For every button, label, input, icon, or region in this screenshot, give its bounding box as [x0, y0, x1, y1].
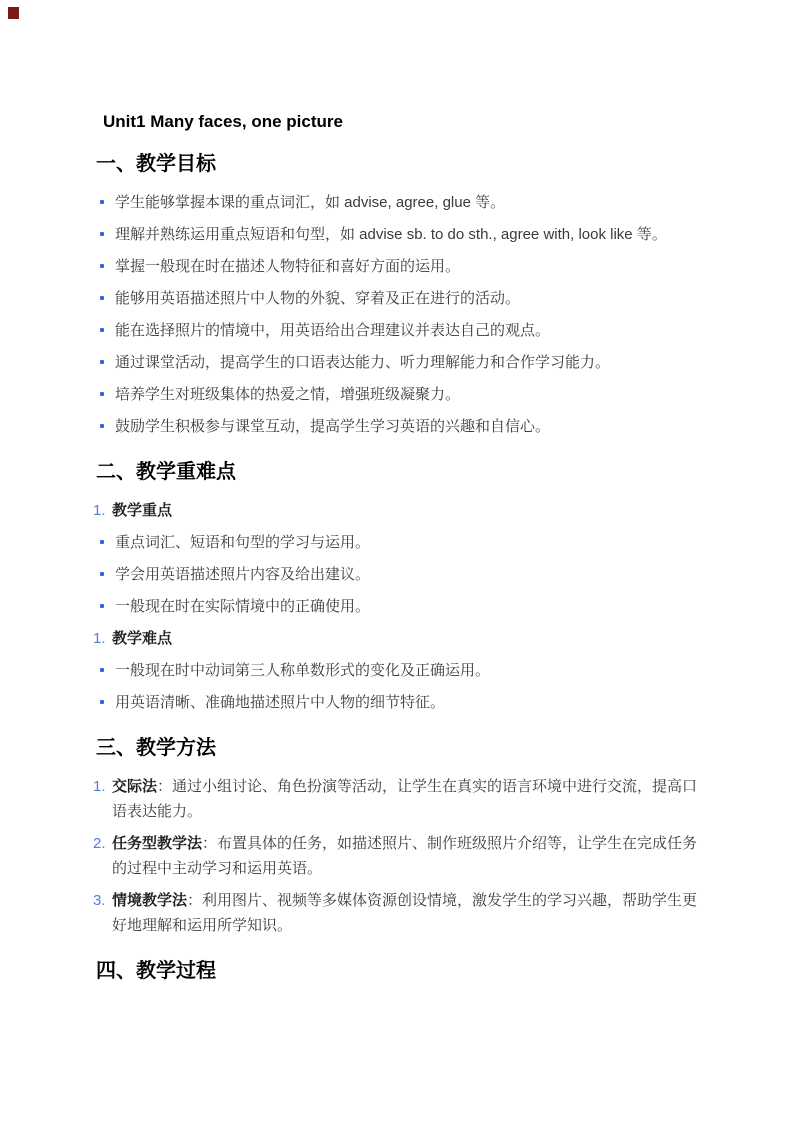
- objectives-list: 学生能够掌握本课的重点词汇，如 advise, agree, glue 等。 理…: [96, 190, 702, 439]
- method-item: 1.交际法：通过小组讨论、角色扮演等活动，让学生在真实的语言环境中进行交流，提高…: [96, 774, 702, 824]
- document-title: Unit1 Many faces, one picture: [103, 112, 702, 131]
- section-heading-methods: 三、教学方法: [96, 735, 702, 761]
- list-item-text: 一般现在时在实际情境中的正确使用。: [115, 598, 370, 615]
- list-item-text: 用英语清晰、准确地描述照片中人物的细节特征。: [115, 694, 445, 711]
- list-item: 能在选择照片的情境中，用英语给出合理建议并表达自己的观点。: [96, 318, 702, 343]
- list-item: 理解并熟练运用重点短语和句型，如 advise sb. to do sth., …: [96, 222, 702, 247]
- list-item-text: 鼓励学生积极参与课堂互动，提高学生学习英语的兴趣和自信心。: [115, 418, 550, 435]
- bullet-icon: [100, 604, 104, 608]
- bullet-icon: [100, 540, 104, 544]
- method-description: ：通过小组讨论、角色扮演等活动，让学生在真实的语言环境中进行交流，提高口语表达能…: [112, 778, 697, 820]
- subheading-label: 教学重点: [112, 502, 172, 519]
- list-item-text: 重点词汇、短语和句型的学习与运用。: [115, 534, 370, 551]
- document-page: Unit1 Many faces, one picture 一、教学目标 学生能…: [0, 0, 794, 1123]
- section-heading-key-difficult-points: 二、教学重难点: [96, 459, 702, 485]
- bullet-icon: [100, 700, 104, 704]
- key-points-list: 重点词汇、短语和句型的学习与运用。 学会用英语描述照片内容及给出建议。 一般现在…: [96, 530, 702, 619]
- list-item: 一般现在时中动词第三人称单数形式的变化及正确运用。: [96, 658, 702, 683]
- method-term: 情境教学法: [112, 892, 187, 909]
- list-item: 通过课堂活动，提高学生的口语表达能力、听力理解能力和合作学习能力。: [96, 350, 702, 375]
- list-item-text: 掌握一般现在时在描述人物特征和喜好方面的运用。: [115, 258, 460, 275]
- bullet-icon: [100, 200, 104, 204]
- list-number: 1.: [93, 626, 106, 651]
- list-item: 掌握一般现在时在描述人物特征和喜好方面的运用。: [96, 254, 702, 279]
- difficult-points-list: 一般现在时中动词第三人称单数形式的变化及正确运用。 用英语清晰、准确地描述照片中…: [96, 658, 702, 715]
- list-item-text: 培养学生对班级集体的热爱之情，增强班级凝聚力。: [115, 386, 460, 403]
- list-item: 能够用英语描述照片中人物的外貌、穿着及正在进行的活动。: [96, 286, 702, 311]
- list-item: 学生能够掌握本课的重点词汇，如 advise, agree, glue 等。: [96, 190, 702, 215]
- method-item: 2.任务型教学法：布置具体的任务，如描述照片、制作班级照片介绍等，让学生在完成任…: [96, 831, 702, 881]
- difficult-points-subheading: 1.教学难点: [96, 626, 702, 651]
- list-item-text: 能在选择照片的情境中，用英语给出合理建议并表达自己的观点。: [115, 322, 550, 339]
- list-number: 1.: [93, 498, 106, 523]
- method-item: 3.情境教学法：利用图片、视频等多媒体资源创设情境，激发学生的学习兴趣，帮助学生…: [96, 888, 702, 938]
- method-term: 交际法: [112, 778, 157, 795]
- method-description: ：利用图片、视频等多媒体资源创设情境，激发学生的学习兴趣，帮助学生更好地理解和运…: [112, 892, 697, 934]
- list-item-text: 一般现在时中动词第三人称单数形式的变化及正确运用。: [115, 662, 490, 679]
- bullet-icon: [100, 668, 104, 672]
- method-term: 任务型教学法: [112, 835, 202, 852]
- list-item: 鼓励学生积极参与课堂互动，提高学生学习英语的兴趣和自信心。: [96, 414, 702, 439]
- subheading-label: 教学难点: [112, 630, 172, 647]
- bullet-icon: [100, 296, 104, 300]
- bullet-icon: [100, 360, 104, 364]
- section-heading-objectives: 一、教学目标: [96, 151, 702, 177]
- list-item-text: 学生能够掌握本课的重点词汇，如 advise, agree, glue 等。: [115, 194, 505, 211]
- list-item-text: 通过课堂活动，提高学生的口语表达能力、听力理解能力和合作学习能力。: [115, 354, 610, 371]
- corner-mark: [8, 7, 19, 19]
- key-points-subheading: 1.教学重点: [96, 498, 702, 523]
- list-item-text: 能够用英语描述照片中人物的外貌、穿着及正在进行的活动。: [115, 290, 520, 307]
- list-item: 学会用英语描述照片内容及给出建议。: [96, 562, 702, 587]
- list-number: 3.: [93, 888, 106, 913]
- list-number: 2.: [93, 831, 106, 856]
- bullet-icon: [100, 232, 104, 236]
- list-item: 培养学生对班级集体的热爱之情，增强班级凝聚力。: [96, 382, 702, 407]
- list-item: 一般现在时在实际情境中的正确使用。: [96, 594, 702, 619]
- section-heading-process: 四、教学过程: [96, 958, 702, 984]
- bullet-icon: [100, 572, 104, 576]
- bullet-icon: [100, 328, 104, 332]
- bullet-icon: [100, 392, 104, 396]
- document-content: Unit1 Many faces, one picture 一、教学目标 学生能…: [96, 112, 702, 997]
- list-item: 重点词汇、短语和句型的学习与运用。: [96, 530, 702, 555]
- bullet-icon: [100, 264, 104, 268]
- list-item-text: 学会用英语描述照片内容及给出建议。: [115, 566, 370, 583]
- list-item-text: 理解并熟练运用重点短语和句型，如 advise sb. to do sth., …: [115, 226, 667, 243]
- list-item: 用英语清晰、准确地描述照片中人物的细节特征。: [96, 690, 702, 715]
- list-number: 1.: [93, 774, 106, 799]
- bullet-icon: [100, 424, 104, 428]
